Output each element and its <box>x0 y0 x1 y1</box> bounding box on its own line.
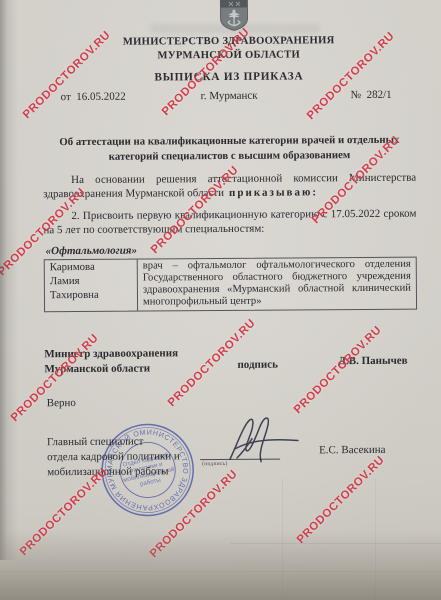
verno-label: Верно <box>47 397 76 409</box>
paper-bottom-shadow <box>0 530 441 600</box>
specialist-surname: Каримова <box>50 261 134 275</box>
minister-title-line1: Министр здравоохранения <box>44 346 178 362</box>
paragraph-basis-line1: На основании решения аттестационной коми… <box>43 171 416 188</box>
table-cell-name: Каримова Ламия Тахировна <box>45 260 138 311</box>
handwritten-signature <box>222 414 304 463</box>
signature-placeholder-label: подпись <box>237 359 278 371</box>
position-line3: здравоохранения «Мурманский областной кл… <box>143 282 411 296</box>
order-subject: Об аттестации на квалификационные катего… <box>19 132 440 165</box>
paragraph-item2: 2. Присвоить первую квалификационную кат… <box>43 207 416 238</box>
document-meta-row: от 16.05.2022 г. Мурманск № 282/1 <box>0 88 440 105</box>
certifier-name: Е.С. Васекина <box>319 444 386 456</box>
specialty-heading: «Офтальмология» <box>46 245 137 258</box>
document-photo: МИНИСТЕРСТВО ЗДРАВООХРАНЕНИЯ МУРМАНСКОЙ … <box>0 0 441 600</box>
specialist-firstname: Ламия <box>50 274 134 288</box>
document-type-title: ВЫПИСКА ИЗ ПРИКАЗА <box>18 69 439 84</box>
specialists-table: Каримова Ламия Тахировна врач – офтальмо… <box>44 257 417 312</box>
specialist-patronymic: Тахировна <box>50 288 134 302</box>
paragraph-basis: На основании решения аттестационной коми… <box>43 171 416 202</box>
document-number: № 282/1 <box>351 89 392 101</box>
minister-title: Министр здравоохранения Мурманской облас… <box>44 346 178 377</box>
minister-title-line2: Мурманской области <box>44 361 178 377</box>
ministry-name-line2: МУРМАНСКОЙ ОБЛАСТИ <box>18 48 439 62</box>
order-subject-line1: Об аттестации на квалификационные катего… <box>19 132 440 150</box>
ministry-name-line1: МИНИСТЕРСТВО ЗДРАВООХРАНЕНИЯ <box>18 34 439 48</box>
position-line4: многопрофильный центр» <box>143 294 411 308</box>
minister-name: Д.В. Панычев <box>338 355 407 367</box>
minister-signature-row: Министр здравоохранения Мурманской облас… <box>0 344 441 377</box>
paragraph-item2-line1: 2. Присвоить первую квалификационную кат… <box>43 207 416 224</box>
murmansk-coat-of-arms-icon <box>219 0 249 31</box>
ministry-round-stamp: МИНИСТЕРСТВО ЗДРАВООХРАНЕНИЯ МУРМАНСКОЙ … <box>99 421 197 519</box>
paragraph-item2-line2: на 5 лет по соответствующим специальност… <box>43 221 416 238</box>
table-cell-position: врач – офтальмолог офтальмологического о… <box>138 258 416 311</box>
prikazyvayu-keyword: приказываю: <box>229 186 318 199</box>
paper-left-edge-shadow <box>0 0 18 560</box>
order-subject-line2: категорий специалистов с высшим образова… <box>19 147 440 165</box>
paragraph-basis-line2-text: здравоохранения Мурманской области <box>43 187 224 200</box>
paragraph-basis-line2: здравоохранения Мурманской областиприказ… <box>43 185 416 202</box>
